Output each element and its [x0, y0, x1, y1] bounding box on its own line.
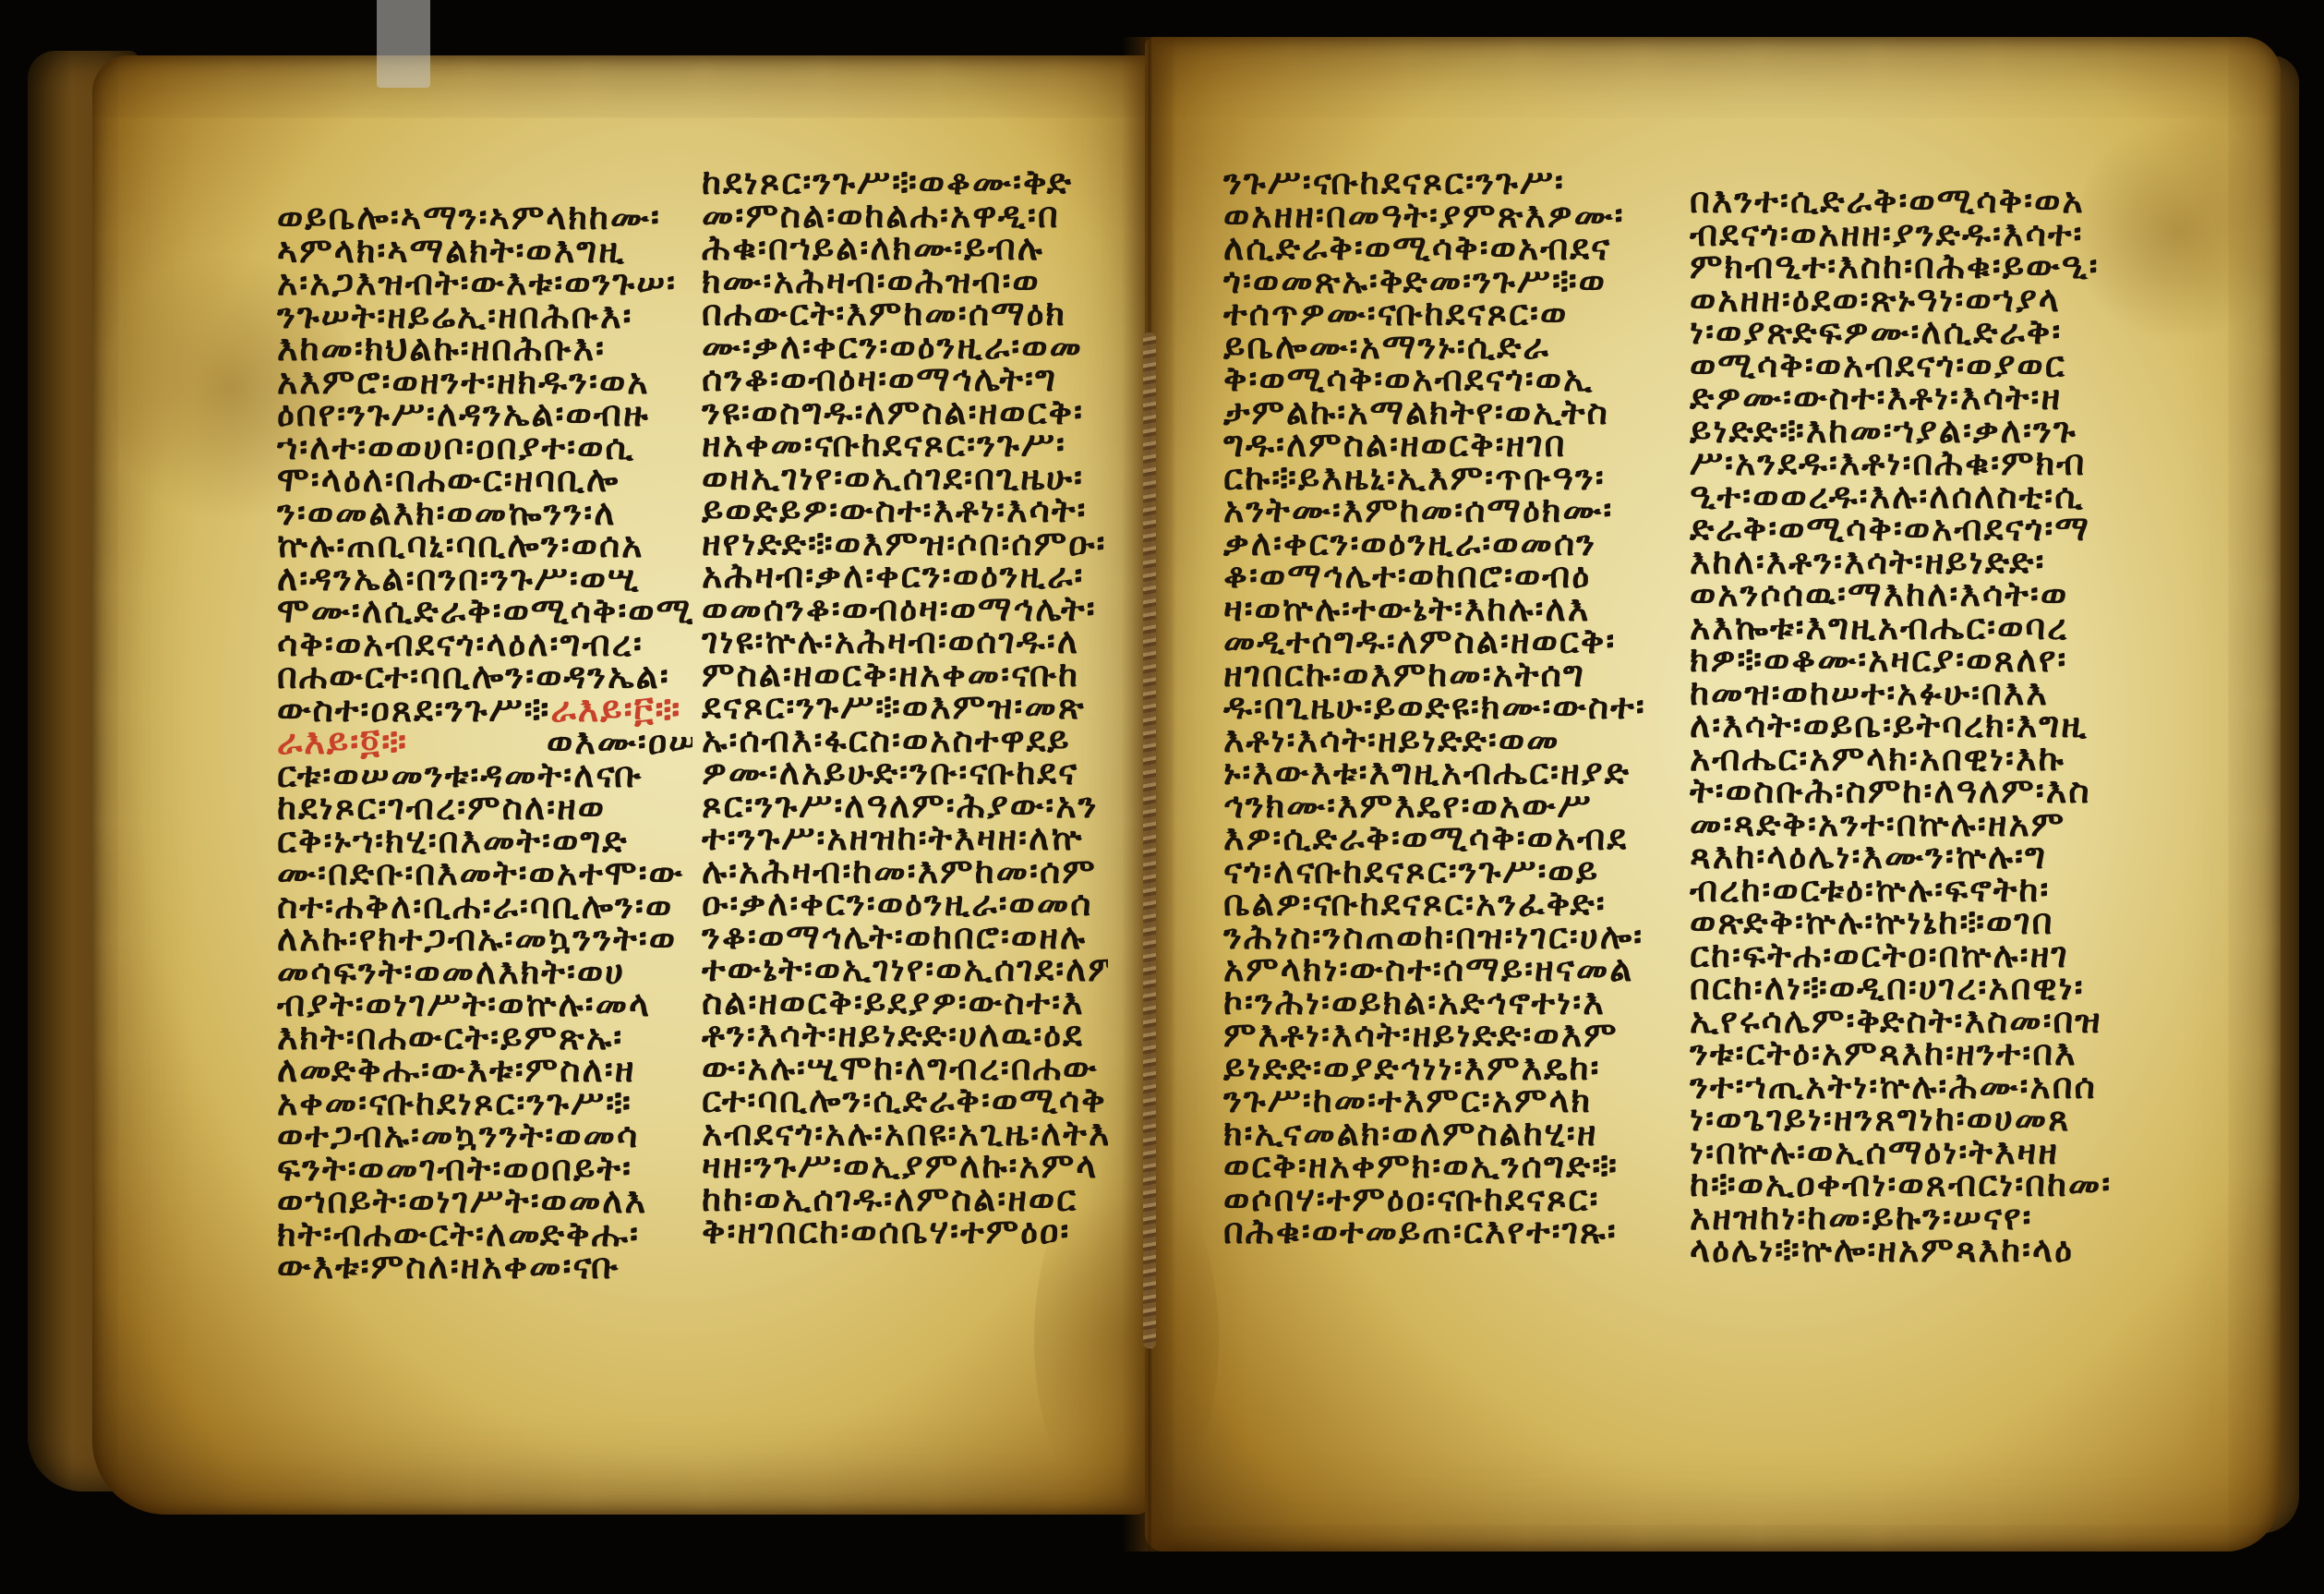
text-line: ቅ፡ዘገበርከ፡ወሰቤሃ፡ተምዕዐ፡ — [702, 1215, 1108, 1249]
binding-thread — [1143, 332, 1156, 1348]
adhesive-tape — [377, 0, 430, 88]
text-line: ውእቱ፡ምስለ፡ዘአቀመ፡ናቡ — [277, 1250, 692, 1284]
text-column-1: ወይቤሎ፡ኣማን፡ኣምላክከሙ፡ ኣምላክ፡ኣማልክት፡ወእግዚ አ፡አጋእዝብ… — [277, 201, 692, 1328]
manuscript-photo: ወይቤሎ፡ኣማን፡ኣምላክከሙ፡ ኣምላክ፡ኣማልክት፡ወእግዚ አ፡አጋእዝብ… — [0, 0, 2324, 1594]
text-column-2: ከደነጾር፡ንጉሥ፨ወቆሙ፡ቅድመ፡ምስል፡ወከልሐ፡አዋዲ፡በሕቁ፡በኀይል፡… — [702, 166, 1108, 1358]
text-column-4: በእንተ፡ሲድራቅ፡ወሚሳቅ፡ወአብደናጎ፡ወአዘዘ፡ያንድዱ፡እሳተ፡ምክብዒ… — [1690, 185, 2124, 1348]
text-line: ላዕሌነ፨ኵሎ፡ዘአምጻእከ፡ላዕ — [1690, 1234, 2124, 1267]
text-line: በሕቁ፡ወተመይጠ፡ርእየተ፡ገጹ፡ — [1223, 1215, 1644, 1249]
text-column-3: ንጉሥ፡ናቡከደናጾር፡ንጉሥ፡ወአዘዘ፡በመዓት፡ያምጽእዎሙ፡ለሲድራቅ፡ወ… — [1223, 166, 1644, 1358]
